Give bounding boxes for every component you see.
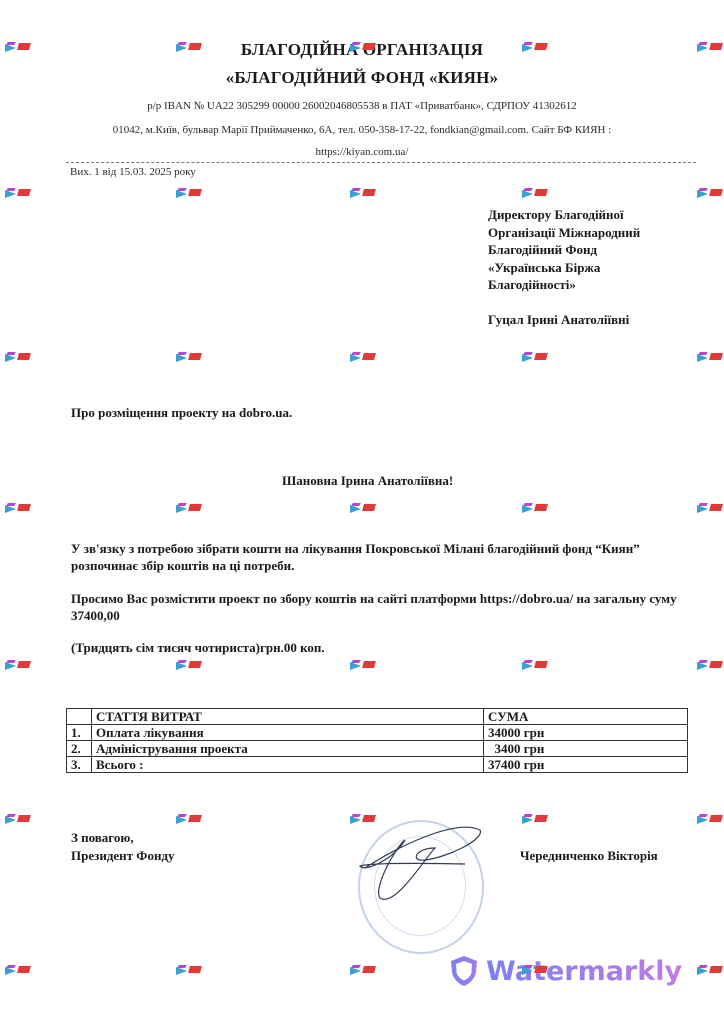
header-item: СТАТТЯ ВИТРАТ xyxy=(92,709,484,725)
arrow-logo-icon xyxy=(5,188,31,200)
arrow-logo-icon xyxy=(697,503,723,515)
arrow-logo-icon xyxy=(5,352,31,364)
bank-details: р/р IBAN № UA22 305299 00000 26002046805… xyxy=(0,100,724,112)
letter-subject: Про розміщення проекту на dobro.ua. xyxy=(71,405,292,421)
addressee-line: «Українська Біржа xyxy=(488,259,640,277)
arrow-logo-icon xyxy=(176,503,202,515)
costs-table: СТАТТЯ ВИТРАТ СУМА 1. Оплата лікування 3… xyxy=(66,708,688,773)
closing-phrase: З повагою, xyxy=(71,830,134,846)
arrow-logo-icon xyxy=(176,352,202,364)
addressee-line: Благодійності» xyxy=(488,276,640,294)
table-row: 1. Оплата лікування 34000 грн xyxy=(67,725,688,741)
arrow-logo-icon xyxy=(5,42,31,54)
arrow-logo-icon xyxy=(522,503,548,515)
row-sum: 34000 грн xyxy=(484,725,688,741)
arrow-logo-icon xyxy=(176,965,202,977)
paragraph-request: Просимо Вас розмістити проект по збору к… xyxy=(71,590,681,624)
arrow-logo-icon xyxy=(176,814,202,826)
arrow-logo-icon xyxy=(522,814,548,826)
arrow-logo-icon xyxy=(350,42,376,54)
row-sum: 37400 грн xyxy=(484,757,688,773)
arrow-logo-icon xyxy=(350,660,376,672)
addressee-line: Організації Міжнародний xyxy=(488,224,640,242)
signer-name: Чередниченко Вікторія xyxy=(520,848,658,864)
arrow-logo-icon xyxy=(697,42,723,54)
arrow-logo-icon xyxy=(350,352,376,364)
addressee-line: Благодійний Фонд xyxy=(488,241,640,259)
salutation: Шановна Ірина Анатоліївна! xyxy=(282,473,453,489)
table-row: 3. Всього : 37400 грн xyxy=(67,757,688,773)
handwritten-signature xyxy=(355,818,485,918)
arrow-logo-icon xyxy=(350,965,376,977)
arrow-logo-icon xyxy=(522,352,548,364)
row-item: Оплата лікування xyxy=(92,725,484,741)
arrow-logo-icon xyxy=(350,188,376,200)
row-sum: 3400 грн xyxy=(484,741,688,757)
signer-title: Президент Фонду xyxy=(71,848,175,864)
addressee-line: Директору Благодійної xyxy=(488,206,640,224)
arrow-logo-icon xyxy=(176,188,202,200)
arrow-logo-icon xyxy=(522,965,548,977)
watermark-brand: Watermarkly xyxy=(450,955,682,987)
arrow-logo-icon xyxy=(5,503,31,515)
arrow-logo-icon xyxy=(522,188,548,200)
outgoing-reference: Вих. 1 від 15.03. 2025 року xyxy=(70,166,196,178)
arrow-logo-icon xyxy=(5,965,31,977)
table-header-row: СТАТТЯ ВИТРАТ СУМА xyxy=(67,709,688,725)
addressee-block: Директору Благодійної Організації Міжнар… xyxy=(488,206,640,328)
arrow-logo-icon xyxy=(5,660,31,672)
arrow-logo-icon xyxy=(350,814,376,826)
letterhead-divider xyxy=(66,162,696,163)
addressee-name: Гуцал Ірині Анатоліївні xyxy=(488,311,640,329)
amount-in-words: (Тридцять сім тисяч чотириста)грн.00 коп… xyxy=(71,640,325,656)
arrow-logo-icon xyxy=(176,42,202,54)
arrow-logo-icon xyxy=(697,660,723,672)
org-name-line2: «БЛАГОДІЙНИЙ ФОНД «КИЯН» xyxy=(0,68,724,88)
arrow-logo-icon xyxy=(697,814,723,826)
arrow-logo-icon xyxy=(350,503,376,515)
arrow-logo-icon xyxy=(522,660,548,672)
table-row: 2. Адміністрування проекта 3400 грн xyxy=(67,741,688,757)
header-number xyxy=(67,709,92,725)
header-sum: СУМА xyxy=(484,709,688,725)
arrow-logo-icon xyxy=(697,188,723,200)
row-number: 2. xyxy=(67,741,92,757)
watermark-brand-name: Watermarkly xyxy=(486,956,682,987)
paragraph-purpose: У зв'язку з потребою зібрати кошти на лі… xyxy=(71,540,681,574)
address-line: 01042, м.Київ, бульвар Марії Приймаченко… xyxy=(0,124,724,136)
row-number: 1. xyxy=(67,725,92,741)
arrow-logo-icon xyxy=(5,814,31,826)
row-item: Адміністрування проекта xyxy=(92,741,484,757)
website-link[interactable]: https://kiyan.com.ua/ xyxy=(0,146,724,158)
arrow-logo-icon xyxy=(697,965,723,977)
shield-icon xyxy=(450,955,478,987)
arrow-logo-icon xyxy=(176,660,202,672)
arrow-logo-icon xyxy=(697,352,723,364)
row-number: 3. xyxy=(67,757,92,773)
arrow-logo-icon xyxy=(522,42,548,54)
row-item: Всього : xyxy=(92,757,484,773)
